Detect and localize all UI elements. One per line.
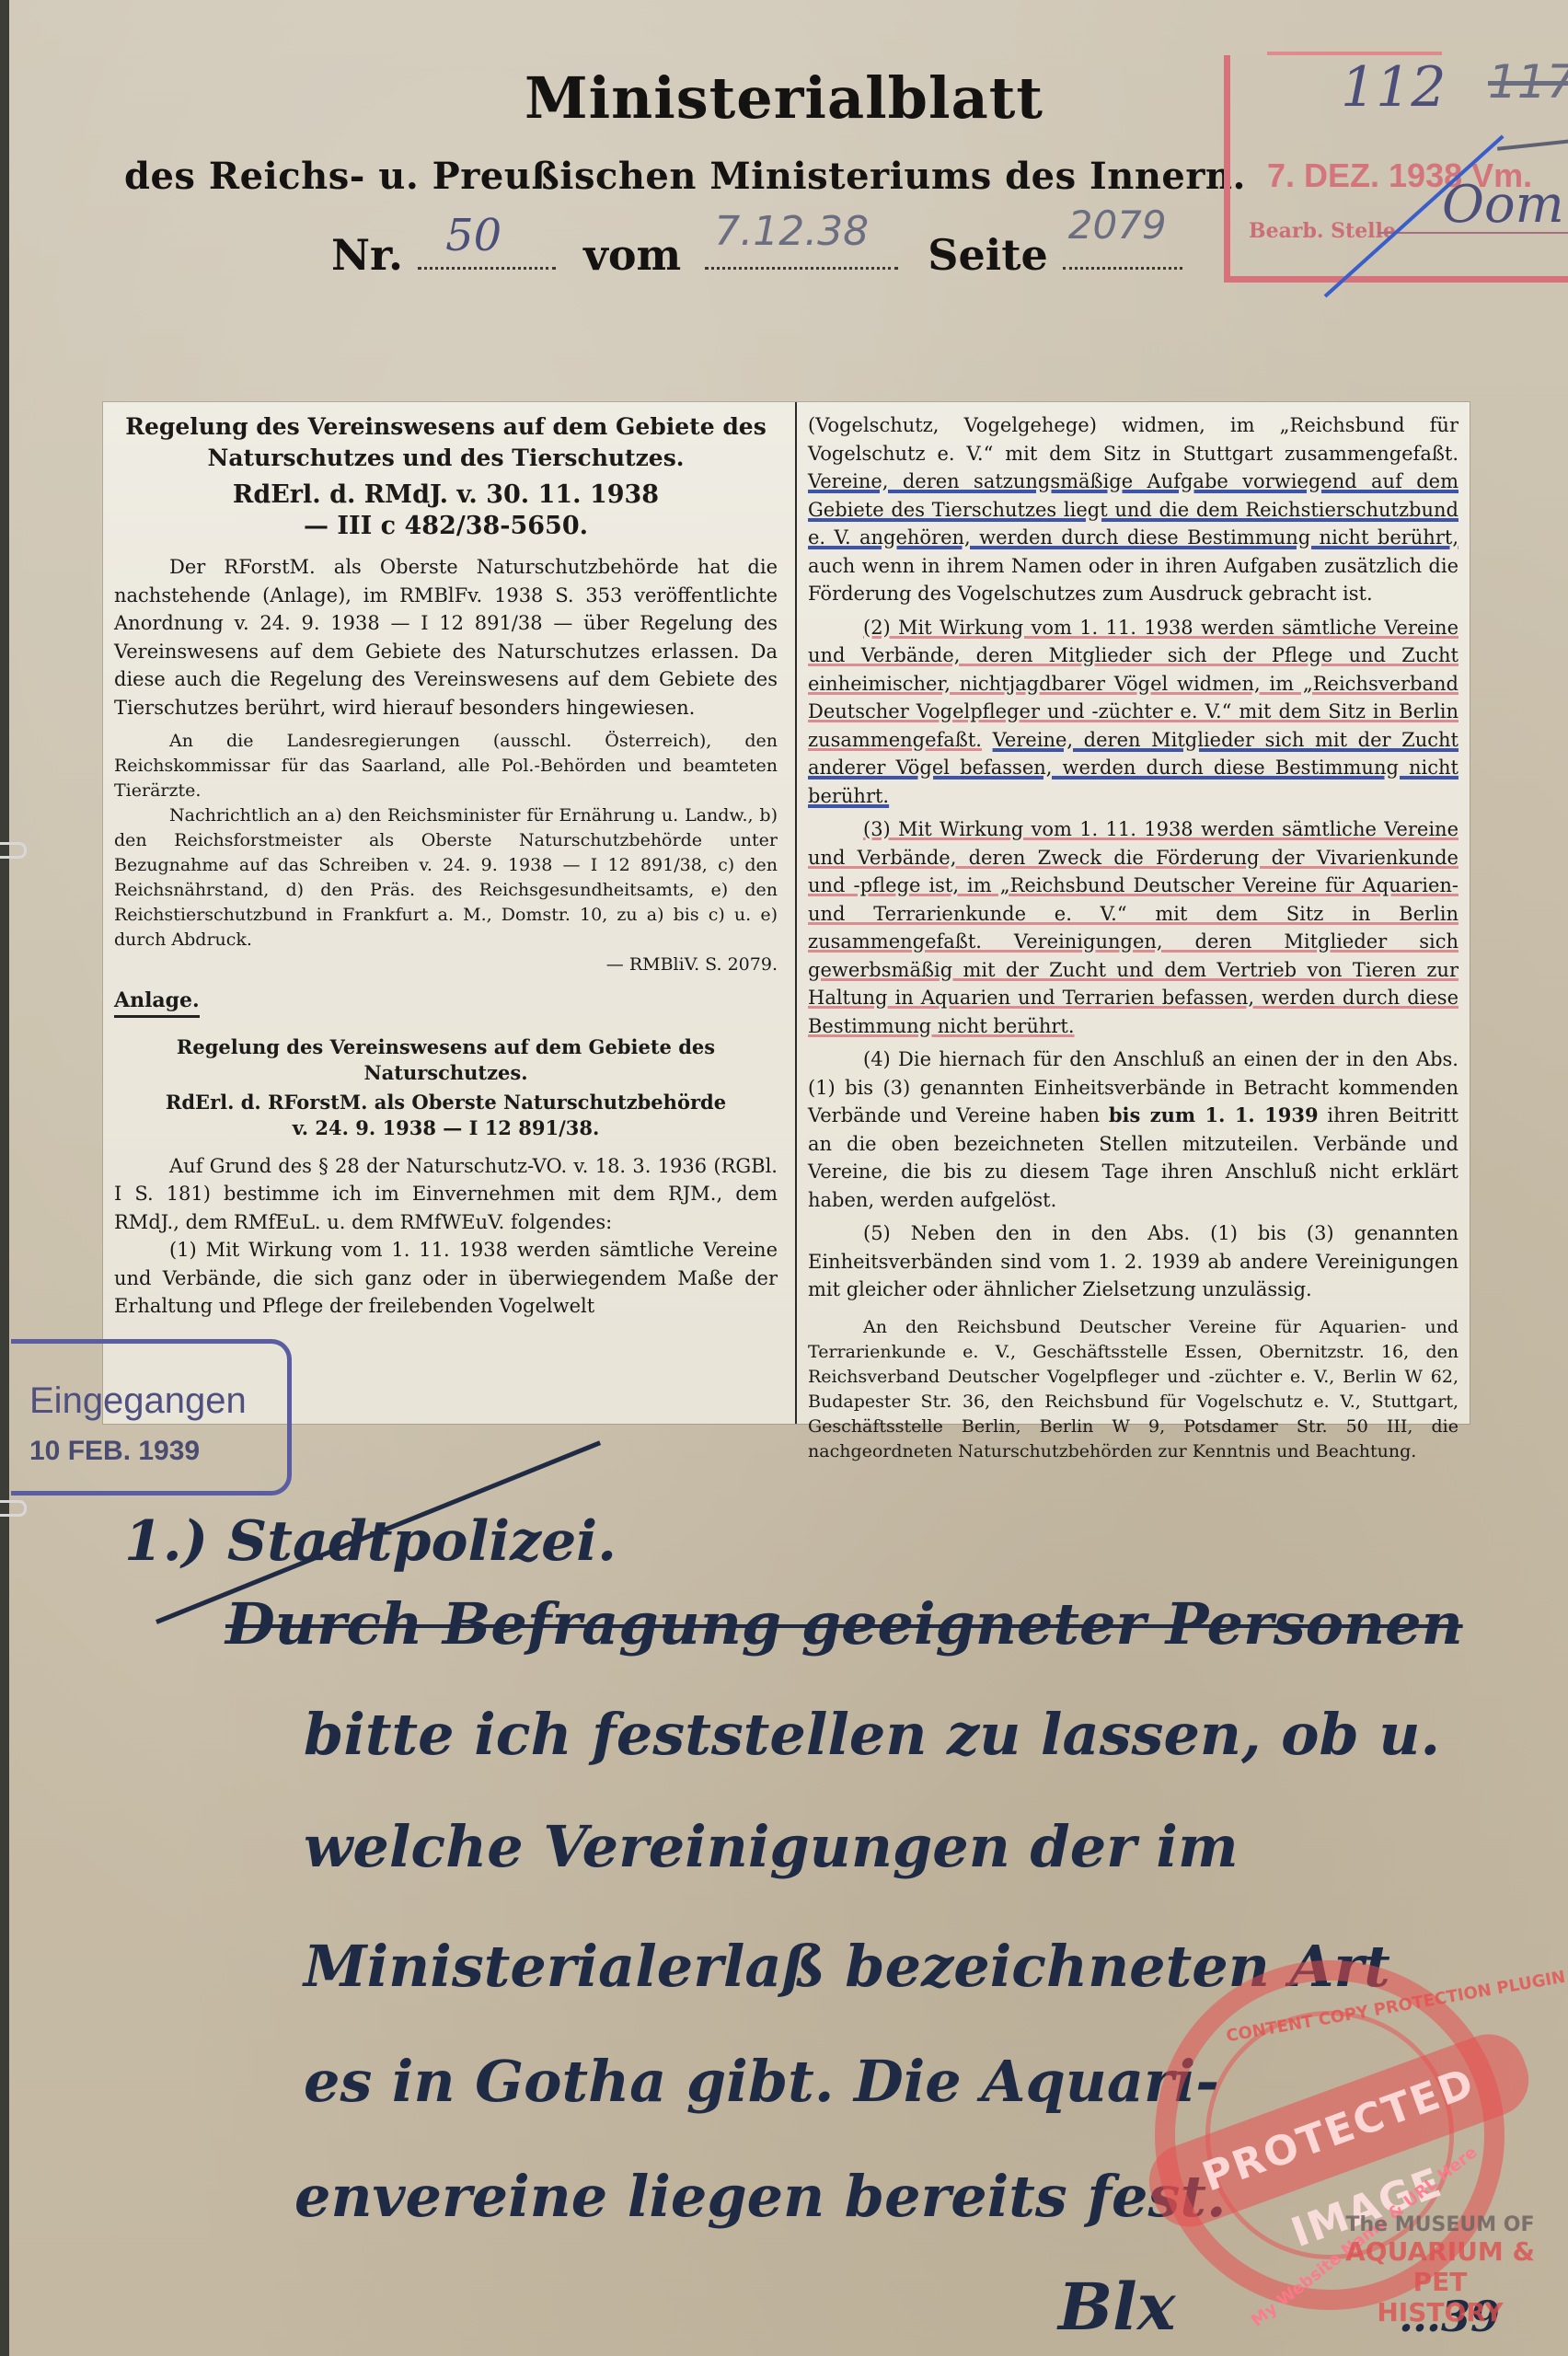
section-4: (4) Die hiernach für den Anschluß an ein… (808, 1045, 1458, 1214)
receipt-office-label: Bearb. Stelle (1249, 219, 1396, 243)
handwriting-line-3: bitte ich feststellen zu lassen, ob u. (304, 1701, 1440, 1768)
vom-label: vom (583, 230, 681, 280)
archive-page: Ministerialblatt des Reichs- u. Preußisc… (0, 0, 1568, 2356)
vom-value: 7.12.38 (714, 208, 869, 255)
copy-to-paragraph: Nachrichtlich an a) den Reichsminister f… (114, 803, 778, 953)
clipping-left-column: Regelung des Vereinswesens auf dem Gebie… (103, 402, 789, 1424)
nr-label: Nr. (331, 230, 403, 280)
handwriting-line-6: es in Gotha gibt. Die Aquari- (304, 2048, 1219, 2115)
annex-heading: Anlage. (114, 987, 200, 1018)
annex-ref-line2: v. 24. 9. 1938 — I 12 891/38. (114, 1115, 778, 1141)
decree-title: Regelung des Vereinswesens auf dem Gebie… (114, 411, 778, 474)
page-subtitle: des Reichs- u. Preußischen Ministeriums … (124, 155, 1246, 198)
section-2: (2) Mit Wirkung vom 1. 11. 1938 werden s… (808, 614, 1458, 811)
nr-field: 50 (418, 261, 556, 270)
handwriting-line-7: envereine liegen bereits fest. (294, 2163, 1227, 2230)
distribution-paragraph: An den Reichsbund Deutscher Vereine für … (808, 1315, 1458, 1464)
section-1-end: auch wenn in ihrem Namen oder in ihren A… (808, 555, 1458, 606)
nr-value: 50 (445, 210, 502, 261)
handwriting-line-4: welche Vereinigungen der im (304, 1813, 1239, 1880)
seite-field: 2079 (1063, 261, 1182, 270)
section-1-continued: (Vogelschutz, Vogelgehege) widmen, im „R… (808, 411, 1458, 608)
receipt-initials: Oom (1442, 175, 1564, 235)
file-number-struck: 117 (1488, 55, 1568, 109)
vom-field: 7.12.38 (705, 261, 898, 270)
entry-stamp-label: Eingegangen (29, 1380, 247, 1422)
section-1-text: (Vogelschutz, Vogelgehege) widmen, im „R… (808, 414, 1458, 465)
museum-logo-line3: HISTORY (1325, 2297, 1555, 2327)
entry-stamp: Eingegangen 10 FEB. 1939 (11, 1339, 292, 1496)
museum-logo-line2: AQUARIUM & PET (1325, 2236, 1555, 2297)
section-4-deadline: bis zum 1. 1. 1939 (1109, 1103, 1319, 1126)
handwritten-signature: Blx (1058, 2269, 1176, 2345)
annex-preamble: Auf Grund des § 28 der Naturschutz-VO. v… (114, 1152, 778, 1237)
decree-ref-line1: RdErl. d. RMdJ. v. 30. 11. 1938 (114, 479, 778, 511)
binding-string-top (0, 842, 27, 859)
annex-ref-line1: RdErl. d. RForstM. als Oberste Naturschu… (114, 1090, 778, 1115)
receipt-stamp: 112 117 7. DEZ. 1938 Vm. Bearb. Stelle O… (1224, 55, 1568, 283)
newspaper-clipping: Regelung des Vereinswesens auf dem Gebie… (103, 402, 1470, 1424)
handwriting-line-2: Durch Befragung geeigneter Personen (225, 1590, 1463, 1657)
pencil-dash (1497, 138, 1568, 150)
annex-section-1: (1) Mit Wirkung vom 1. 11. 1938 werden s… (114, 1236, 778, 1321)
section-5: (5) Neben den in den Abs. (1) bis (3) ge… (808, 1219, 1458, 1304)
binding-string-bottom (0, 1500, 27, 1517)
decree-intro-paragraph: Der RForstM. als Oberste Naturschutzbehö… (114, 553, 778, 722)
binder-spine (0, 0, 9, 2356)
section-1-underlined: Vereine, deren satzungsmäßige Aufgabe vo… (808, 470, 1458, 549)
museum-logo-line1: The MUSEUM OF (1325, 2213, 1555, 2236)
section-3: (3) Mit Wirkung vom 1. 11. 1938 werden s… (808, 815, 1458, 1040)
source-reference: — RMBliV. S. 2079. (114, 953, 778, 977)
file-number: 112 (1341, 55, 1447, 120)
clipping-right-column: (Vogelschutz, Vogelgehege) widmen, im „R… (795, 402, 1470, 1424)
handwriting-line-5: Ministerialerlaß bezeichneten Art (304, 1933, 1390, 2000)
addressees-paragraph: An die Landesregierungen (ausschl. Öster… (114, 729, 778, 803)
seite-value: 2079 (1068, 202, 1167, 248)
seite-label: Seite (928, 230, 1047, 280)
museum-logo: The MUSEUM OF AQUARIUM & PET HISTORY (1325, 2213, 1555, 2327)
decree-ref-line2: — III c 482/38-5650. (114, 511, 778, 542)
entry-stamp-date: 10 FEB. 1939 (29, 1436, 200, 1467)
handwriting-line-1: 1.) Stadtpolizei. (124, 1509, 617, 1574)
annex-title: Regelung des Vereinswesens auf dem Gebie… (114, 1034, 778, 1086)
issue-line: Nr. 50 vom 7.12.38 Seite 2079 (331, 230, 1182, 280)
